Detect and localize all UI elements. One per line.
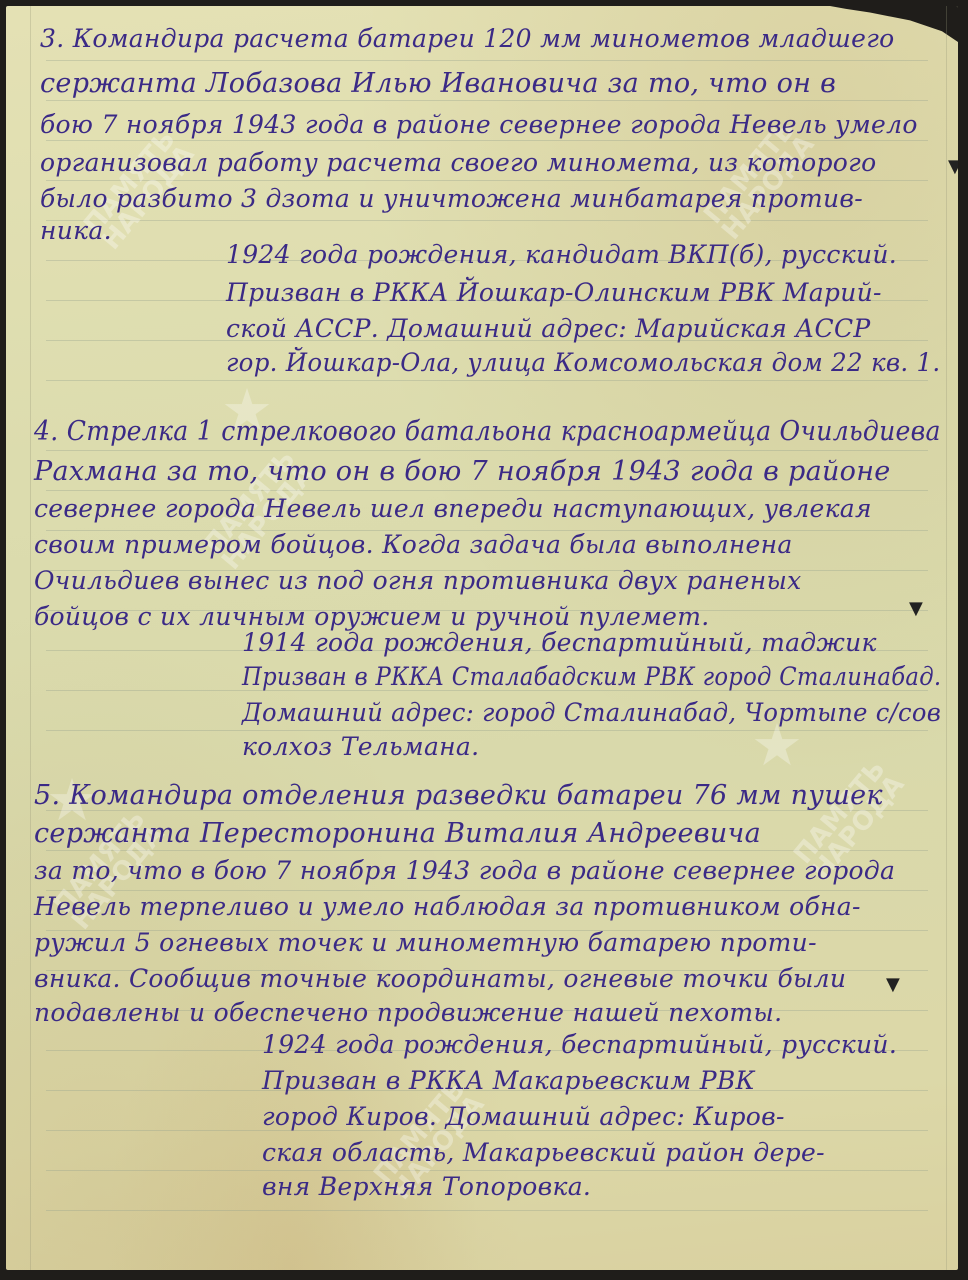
entry-5-line-6: вника. Сообщив точные координаты, огневы… [34, 964, 846, 993]
page-mark: ▼ [948, 156, 958, 177]
ruled-line [46, 850, 928, 851]
page-mark: ▼ [886, 974, 900, 995]
entry-4-bio-3: Домашний адрес: город Сталинабад, Чортып… [242, 698, 941, 727]
entry-3-line-2: сержанта Лобазова Илью Ивановича за то, … [40, 68, 836, 99]
ruled-line [46, 490, 928, 491]
entry-5-line-3: за то, что в бою 7 ноября 1943 года в ра… [34, 856, 895, 885]
entry-5-line-5: ружил 5 огневых точек и минометную батар… [34, 928, 817, 957]
entry-4-line-6: бойцов с их личным оружием и ручной пуле… [34, 602, 709, 631]
entry-3-bio-2: Призван в РККА Йошкар-Олинским РВК Марий… [226, 278, 882, 307]
ruled-line [46, 1170, 928, 1171]
entry-4-bio-1: 1914 года рождения, беспартийный, таджик [242, 628, 877, 657]
ruled-line [46, 220, 928, 221]
entry-3-bio-4: гор. Йошкар-Ола, улица Комсомольская дом… [226, 348, 940, 377]
entry-5-line-4: Невель терпеливо и умело наблюдая за про… [34, 892, 861, 921]
ruled-line [46, 1210, 928, 1211]
entry-4-line-4: своим примером бойцов. Когда задача была… [34, 530, 793, 559]
entry-5-bio-5: вня Верхняя Топоровка. [262, 1172, 591, 1201]
entry-3-line-3: бою 7 ноября 1943 года в районе севернее… [40, 110, 918, 139]
ruled-line [46, 380, 928, 381]
ruled-line [46, 890, 928, 891]
entry-3-line-5: было разбито 3 дзота и уничтожена минбат… [40, 184, 863, 213]
entry-5-line-7: подавлены и обеспечено продвижение нашей… [34, 998, 782, 1027]
entry-4-bio-2: Призван в РККА Сталабадским РВК город Ст… [242, 662, 941, 691]
entry-4-line-3: севернее города Невель шел впереди насту… [34, 494, 872, 523]
page-mark: ▼ [909, 598, 923, 619]
entry-4-line-2: Рахмана за то, что он в бою 7 ноября 194… [34, 456, 891, 487]
entry-5-bio-2: Призван в РККА Макарьевским РВК [262, 1066, 755, 1095]
entry-5-bio-3: город Киров. Домашний адрес: Киров- [262, 1102, 785, 1131]
ruled-line [46, 730, 928, 731]
margin-line-left [30, 6, 31, 1270]
entry-4-bio-4: колхоз Тельмана. [242, 732, 479, 761]
ruled-line [46, 450, 928, 451]
entry-3-line-1: 3. Командира расчета батареи 120 мм мино… [40, 24, 894, 53]
entry-5-bio-4: ская область, Макарьевский район дере- [262, 1138, 825, 1167]
entry-3-line-4: организовал работу расчета своего миноме… [40, 148, 876, 177]
entry-4-line-1: 4. Стрелка 1 стрелкового батальона красн… [34, 416, 941, 447]
entry-3-line-6: ника. [40, 216, 112, 245]
ruled-line [46, 60, 928, 61]
ruled-line [46, 180, 928, 181]
entry-5-bio-1: 1924 года рождения, беспартийный, русски… [262, 1030, 897, 1059]
entry-3-bio-3: ской АССР. Домашний адрес: Марийская АСС… [226, 314, 871, 343]
ruled-line [46, 100, 928, 101]
entry-5-line-2: сержанта Пересторонина Виталия Андреевич… [34, 818, 761, 849]
ruled-line [46, 140, 928, 141]
entry-4-line-5: Очильдиев вынес из под огня противника д… [34, 566, 802, 595]
entry-3-bio-1: 1924 года рождения, кандидат ВКП(б), рус… [226, 240, 897, 269]
entry-5-line-1: 5. Командира отделения разведки батареи … [34, 780, 883, 811]
document-page: ПАМЯТЬНАРОДА ПАМЯТЬНАРОДА ★ ПАМЯТЬНАРОДА… [6, 6, 958, 1270]
margin-line-right [946, 6, 947, 1270]
